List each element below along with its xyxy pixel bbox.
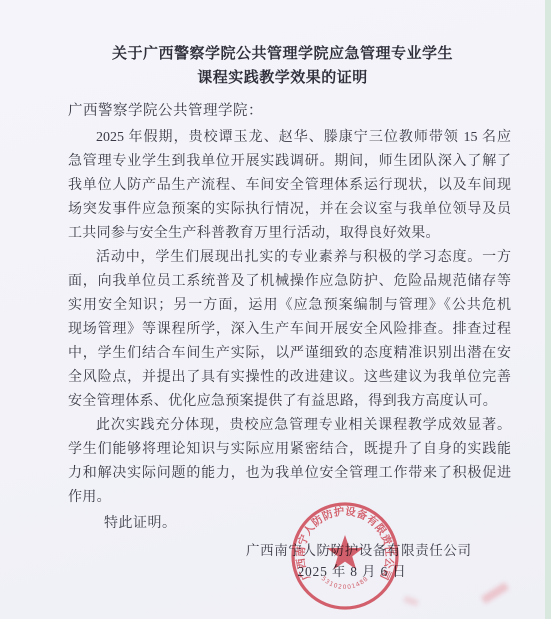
body-text-line: 现场管理》等课程所学，深入生产车间开展安全风险排查。排查过程 bbox=[68, 318, 511, 342]
body-text-line: 学生们能够将理论知识与实际应用紧密结合，既提升了自身的实践能 bbox=[68, 438, 511, 462]
certificate-page: 关于广西警察学院公共管理学院应急管理专业学生 课程实践教学效果的证明 广西警察学… bbox=[0, 0, 551, 619]
body-text-line: 中，学生们结合车间生产实际，以严谨细致的态度精准识别出潜在安 bbox=[68, 342, 511, 366]
star-icon bbox=[327, 535, 363, 569]
scan-edge-strip bbox=[545, 0, 551, 619]
body-text-line: 我单位人防产品生产流程、车间安全管理体系运行现状，以及车间现 bbox=[68, 174, 511, 198]
body-text-line: 急管理专业学生到我单位开展实践调研。期间，师生团队深入了解了 bbox=[68, 150, 511, 174]
body-text-line: 2025 年假期，贵校谭玉龙、赵华、滕康宁三位教师带领 15 名应 bbox=[68, 126, 511, 150]
body-text-line: 工共同参与安全生产科普教育万里行活动，取得良好效果。 bbox=[68, 222, 511, 246]
body-text: 2025 年假期，贵校谭玉龙、赵华、滕康宁三位教师带领 15 名应急管理专业学生… bbox=[68, 126, 511, 510]
company-seal: 广西南宁人防防护设备有限责任公司 4531020014881 bbox=[285, 496, 405, 616]
document-title-line-2: 课程实践教学效果的证明 bbox=[30, 67, 535, 91]
document-title: 关于广西警察学院公共管理学院应急管理专业学生 课程实践教学效果的证明 bbox=[30, 43, 535, 90]
body-text-line: 全风险点，并提出了具有实操性的改进建议。这些建议为我单位完善 bbox=[68, 366, 511, 390]
body-text-line: 场突发事件应急预案的实际执行情况，并在会议室与我单位领导及员 bbox=[68, 198, 511, 222]
body-text-line: 实用安全知识；另一方面，运用《应急预案编制与管理》《公共危机 bbox=[68, 294, 511, 318]
document-title-line-1: 关于广西警察学院公共管理学院应急管理专业学生 bbox=[30, 43, 535, 67]
salutation: 广西警察学院公共管理学院： bbox=[68, 99, 263, 120]
seal-ink-smudge bbox=[403, 596, 418, 606]
body-text-line: 活动中，学生们展现出扎实的专业素养与积极的学习态度。一方 bbox=[68, 246, 511, 270]
closing-statement: 特此证明。 bbox=[104, 512, 177, 532]
body-text-line: 力和解决实际问题的能力，也为我单位安全管理工作带来了积极促进 bbox=[68, 462, 511, 486]
seal-ink-smudge bbox=[481, 582, 509, 604]
body-text-line: 安全管理体系、优化应急预案提供了有益思路，得到我方高度认可。 bbox=[68, 390, 511, 414]
body-text-line: 面，向我单位员工系统普及了机械操作应急防护、危险品规范储存等 bbox=[68, 270, 511, 294]
body-text-line: 此次实践充分体现，贵校应急管理专业相关课程教学成效显著。 bbox=[68, 414, 511, 438]
